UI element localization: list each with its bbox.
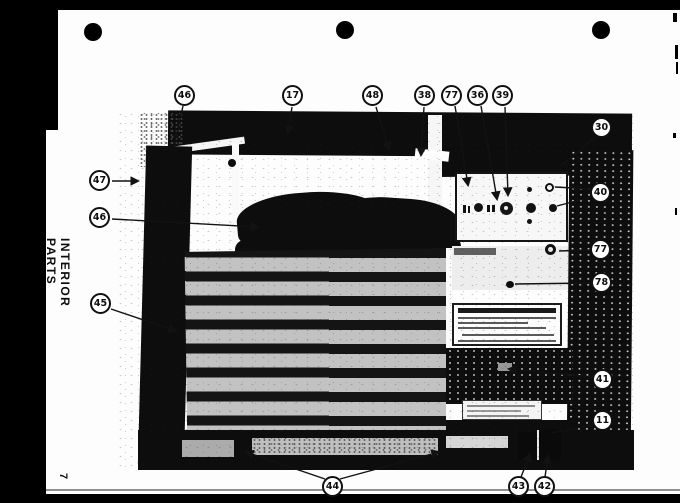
- rating-plate-line-1: [458, 317, 556, 319]
- panel-smudge: [454, 248, 496, 255]
- scan-border-bottom: [0, 495, 680, 503]
- page-bottom-edge-shadow: [46, 489, 680, 491]
- callout-11: 11: [592, 410, 613, 431]
- callout-39: 39: [492, 85, 513, 106]
- panel-button-left: [474, 203, 483, 212]
- callout-46-left-label: 46: [93, 212, 106, 223]
- spec-label: [462, 400, 542, 420]
- callout-30-label: 30: [595, 122, 608, 133]
- punch-hole-left: [84, 23, 102, 41]
- callout-41-label: 41: [596, 374, 609, 385]
- panel-tick-2: [468, 206, 470, 213]
- callout-45: 45: [90, 293, 111, 314]
- callout-42-label: 42: [538, 481, 551, 492]
- scanned-manual-page: INTERIOR PARTS 7: [0, 0, 680, 503]
- panel-tick-3: [487, 205, 490, 212]
- page-number: 7: [55, 473, 69, 489]
- spec-label-line-3: [467, 415, 529, 417]
- panel-tick-1: [463, 205, 466, 213]
- callout-77-top-label: 77: [445, 90, 458, 101]
- rating-plate-line-2: [458, 322, 528, 324]
- callout-48: 48: [362, 85, 383, 106]
- sheet-hole: [228, 159, 236, 167]
- rating-plate: [452, 303, 562, 346]
- panel-screw-bottom: [527, 219, 532, 224]
- panel-screw-right: [549, 204, 557, 212]
- callout-77-right-label: 77: [594, 244, 607, 255]
- spec-label-line-2: [467, 410, 521, 412]
- left-side-panel: [138, 145, 192, 466]
- base-seal-strip: [252, 438, 438, 455]
- power-plug: [539, 429, 561, 461]
- callout-46-left: 46: [89, 207, 110, 228]
- callout-40: 40: [590, 182, 611, 203]
- parts-photo: [115, 110, 635, 472]
- callout-77-right: 77: [590, 239, 611, 260]
- callout-42: 42: [534, 476, 555, 497]
- spec-label-line-1: [467, 405, 535, 407]
- panel-fastener: [545, 244, 556, 255]
- scan-border-left: [0, 0, 46, 503]
- callout-45-label: 45: [94, 298, 107, 309]
- part-41-target: [498, 363, 512, 371]
- callout-44-label: 44: [326, 481, 339, 492]
- callout-40-label: 40: [594, 187, 607, 198]
- scan-mark-right-3: [676, 62, 678, 74]
- evaporator-fins: [185, 248, 452, 452]
- callout-46-top: 46: [174, 85, 195, 106]
- panel-rivet: [506, 281, 514, 288]
- rating-plate-line-3: [458, 327, 546, 329]
- callout-36-label: 36: [471, 90, 484, 101]
- callout-36: 36: [467, 85, 488, 106]
- callout-41: 41: [592, 369, 613, 390]
- callout-17: 17: [282, 85, 303, 106]
- callout-47: 47: [89, 170, 110, 191]
- callout-17-label: 17: [286, 90, 299, 101]
- callout-38-label: 38: [418, 90, 431, 101]
- callout-39-label: 39: [496, 90, 509, 101]
- page-side-title: INTERIOR PARTS: [50, 238, 72, 358]
- scan-mark-right-4: [673, 133, 676, 138]
- callout-78-label: 78: [595, 277, 608, 288]
- callout-44: 44: [322, 476, 343, 497]
- callout-46-top-label: 46: [178, 90, 191, 101]
- control-panel: [455, 172, 568, 242]
- rating-plate-line-4: [462, 334, 554, 336]
- callout-48-label: 48: [366, 90, 379, 101]
- scan-mark-right-2: [675, 45, 678, 59]
- punch-hole-right: [592, 21, 610, 39]
- thermostat-knob: [526, 203, 536, 213]
- callout-11-label: 11: [596, 415, 609, 426]
- scan-border-left-top-patch: [46, 0, 58, 130]
- callout-78: 78: [591, 272, 612, 293]
- callout-43-label: 43: [512, 481, 525, 492]
- lower-right-dark-area: [446, 348, 572, 404]
- wrapper-notch: [415, 148, 450, 161]
- selector-knob-pointer: [504, 206, 508, 210]
- callout-38: 38: [414, 85, 435, 106]
- rating-plate-line-5: [458, 340, 556, 342]
- cord-strain-relief: [518, 432, 538, 460]
- callout-43: 43: [508, 476, 529, 497]
- panel-screw-top: [527, 187, 532, 192]
- callout-30: 30: [591, 117, 612, 138]
- panel-tick-4: [492, 205, 495, 212]
- base-slot-right: [446, 436, 508, 448]
- base-slot-left: [182, 440, 234, 457]
- rating-plate-title-bar: [458, 308, 556, 313]
- scan-border-top: [0, 0, 680, 10]
- scan-mark-right-1: [673, 13, 677, 22]
- scan-mark-right-5: [675, 208, 677, 215]
- callout-47-label: 47: [93, 175, 106, 186]
- panel-screw-ring: [545, 183, 554, 192]
- punch-hole-center: [336, 21, 354, 39]
- callout-77-top: 77: [441, 85, 462, 106]
